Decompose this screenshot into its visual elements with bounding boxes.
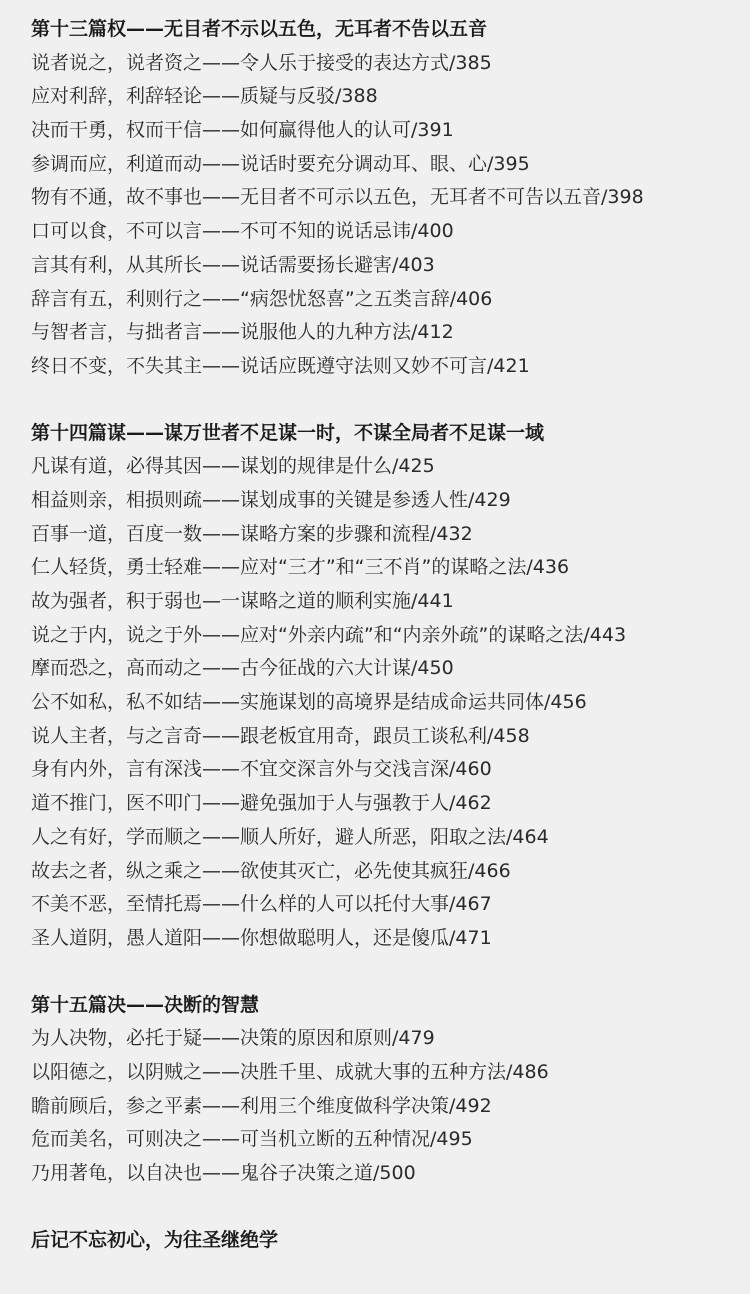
toc-entry: 言其有利，从其所长——说话需要扬长避害/403 [31, 249, 750, 283]
toc-entry: 乃用著龟，以自决也——鬼谷子决策之道/500 [31, 1157, 750, 1191]
toc-entry: 公不如私，私不如结——实施谋划的高境界是结成命运共同体/456 [31, 686, 750, 720]
toc-section-15: 第十五篇决——决断的智慧 为人决物，必托于疑——决策的原因和原则/479 以阳德… [31, 989, 750, 1191]
section-heading: 第十五篇决——决断的智慧 [31, 989, 750, 1023]
toc-entry: 参调而应，利道而动——说话时要充分调动耳、眼、心/395 [31, 148, 750, 182]
table-of-contents: 第十三篇权——无目者不示以五色，无耳者不告以五音 说者说之，说者资之——令人乐于… [0, 0, 750, 1257]
toc-entry: 决而干勇，权而干信——如何赢得他人的认可/391 [31, 114, 750, 148]
toc-entry: 危而美名，可则决之——可当机立断的五种情况/495 [31, 1123, 750, 1157]
toc-entry: 凡谋有道，必得其因——谋划的规律是什么/425 [31, 450, 750, 484]
toc-entry: 人之有好，学而顺之——顺人所好，避人所恶，阳取之法/464 [31, 821, 750, 855]
toc-entry: 圣人道阴，愚人道阳——你想做聪明人，还是傻瓜/471 [31, 922, 750, 956]
toc-entry: 辞言有五，利则行之——“病怨忧怒喜”之五类言辞/406 [31, 283, 750, 317]
toc-entry: 故为强者，积于弱也—一谋略之道的顺利实施/441 [31, 585, 750, 619]
toc-entry: 故去之者，纵之乘之——欲使其灭亡，必先使其疯狂/466 [31, 855, 750, 889]
toc-entry: 道不推门，医不叩门——避免强加于人与强教于人/462 [31, 787, 750, 821]
toc-section-13: 第十三篇权——无目者不示以五色，无耳者不告以五音 说者说之，说者资之——令人乐于… [31, 13, 750, 384]
section-heading: 第十四篇谋——谋万世者不足谋一时，不谋全局者不足谋一域 [31, 417, 750, 451]
toc-entry: 摩而恐之，高而动之——古今征战的六大计谋/450 [31, 652, 750, 686]
toc-entry: 说之于内，说之于外——应对“外亲内疏”和“内亲外疏”的谋略之法/443 [31, 619, 750, 653]
toc-entry: 说人主者，与之言奇——跟老板宜用奇，跟员工谈私利/458 [31, 720, 750, 754]
toc-entry: 说者说之，说者资之——令人乐于接受的表达方式/385 [31, 47, 750, 81]
toc-entry: 仁人轻货，勇士轻难——应对“三才”和“三不肖”的谋略之法/436 [31, 551, 750, 585]
toc-entry: 口可以食，不可以言——不可不知的说话忌讳/400 [31, 215, 750, 249]
toc-entry: 为人决物，必托于疑——决策的原因和原则/479 [31, 1022, 750, 1056]
toc-entry: 终日不变，不失其主——说话应既遵守法则又妙不可言/421 [31, 350, 750, 384]
toc-entry: 不美不恶，至情托焉——什么样的人可以托付大事/467 [31, 888, 750, 922]
toc-entry: 身有内外，言有深浅——不宜交深言外与交浅言深/460 [31, 753, 750, 787]
toc-section-14: 第十四篇谋——谋万世者不足谋一时，不谋全局者不足谋一域 凡谋有道，必得其因——谋… [31, 417, 750, 956]
toc-entry: 以阳德之，以阴贼之——决胜千里、成就大事的五种方法/486 [31, 1056, 750, 1090]
section-heading: 第十三篇权——无目者不示以五色，无耳者不告以五音 [31, 13, 750, 47]
toc-entry: 物有不通，故不事也——无目者不可示以五色，无耳者不可告以五音/398 [31, 181, 750, 215]
toc-entry: 瞻前顾后，参之平素——利用三个维度做科学决策/492 [31, 1090, 750, 1124]
afterword-heading: 后记不忘初心，为往圣继绝学 [31, 1224, 750, 1258]
toc-entry: 应对利辞，利辞轻论——质疑与反驳/388 [31, 80, 750, 114]
toc-entry: 与智者言，与拙者言——说服他人的九种方法/412 [31, 316, 750, 350]
toc-entry: 相益则亲，相损则疏——谋划成事的关键是参透人性/429 [31, 484, 750, 518]
toc-entry: 百事一道，百度一数——谋略方案的步骤和流程/432 [31, 518, 750, 552]
